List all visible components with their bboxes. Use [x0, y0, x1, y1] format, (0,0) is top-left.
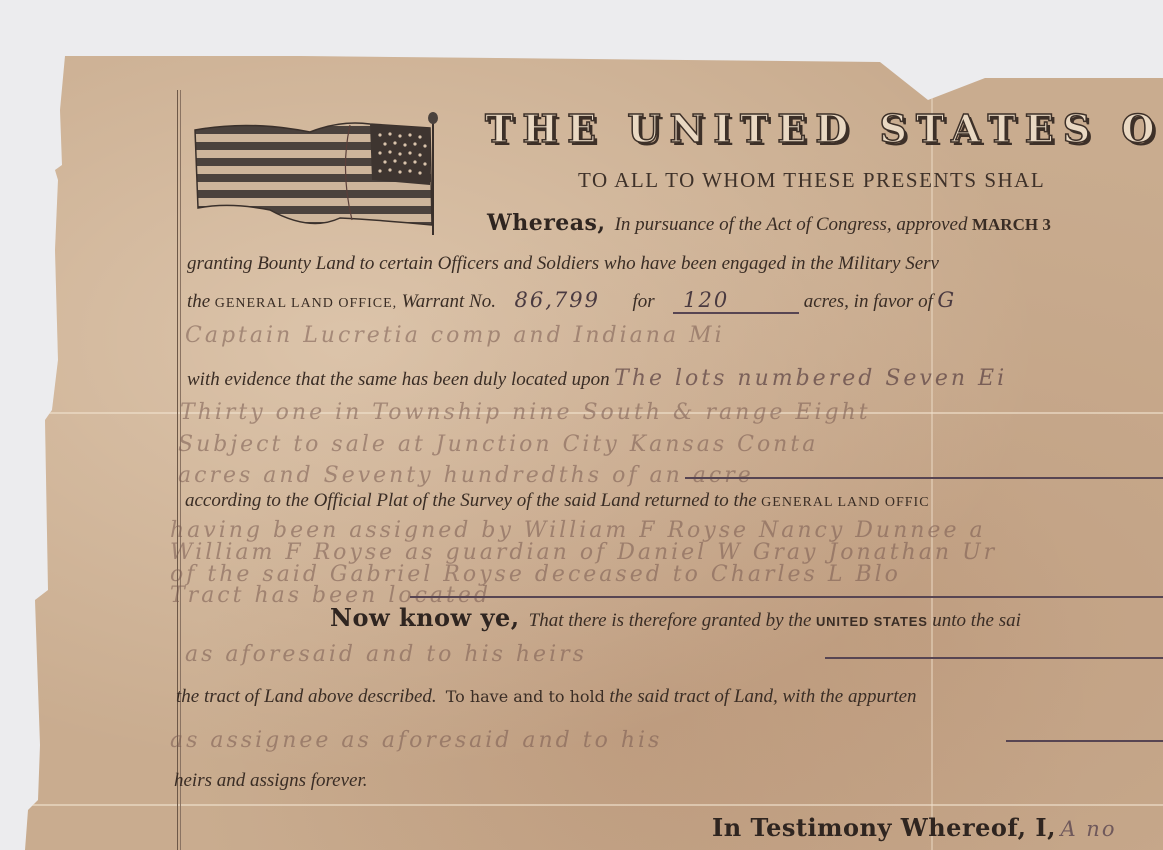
handwritten-line: Subject to sale at Junction City Kansas …	[178, 432, 818, 457]
located-line: with evidence that the same has been dul…	[187, 366, 1007, 391]
official-plat-text: according to the Official Plat of the Su…	[185, 490, 757, 511]
fill-in-rule	[685, 477, 1163, 479]
unto-text: unto the sai	[932, 610, 1021, 631]
handwritten-line: as assignee as aforesaid and to his	[170, 728, 662, 753]
warrant-label: Warrant No.	[402, 291, 496, 312]
grantee-name-start: G	[937, 288, 956, 312]
handwritten-line: as aforesaid and to his heirs	[185, 642, 587, 667]
acres-label: acres, in favor of	[804, 291, 933, 312]
document-subtitle: TO ALL TO WHOM THESE PRESENTS SHAL	[578, 168, 1045, 193]
american-flag-icon	[190, 110, 450, 240]
handwritten-line: Thirty one in Township nine South & rang…	[180, 400, 871, 425]
handwritten-line: acres and Seventy hundredths of an acre	[178, 463, 754, 488]
tract-text: the tract of Land above described.	[176, 686, 437, 707]
testimony-line: In Testimony Whereof, I, A no	[712, 813, 1116, 842]
now-know-ye-line: Now know ye, That there is therefore gra…	[330, 603, 1021, 632]
heirs-line: heirs and assigns forever.	[174, 770, 368, 792]
tract-line: the tract of Land above described. To ha…	[176, 686, 917, 708]
bounty-land-line: granting Bounty Land to certain Officers…	[187, 253, 939, 275]
whereas-line: Whereas, In pursuance of the Act of Cong…	[487, 210, 1051, 236]
fill-in-rule	[410, 596, 1163, 598]
warrant-number: 86,799	[514, 288, 599, 312]
located-text: with evidence that the same has been dul…	[187, 369, 610, 390]
in-testimony-whereof: In Testimony Whereof, I,	[712, 813, 1056, 842]
land-patent-document: THE UNITED STATES O TO ALL TO WHOM THESE…	[0, 0, 1163, 850]
united-states-label: UNITED STATES	[816, 614, 928, 629]
appurtenances-text: the said tract of Land, with the appurte…	[609, 686, 916, 707]
whereas-label: Whereas,	[487, 210, 606, 236]
official-plat-line: according to the Official Plat of the Su…	[185, 490, 930, 512]
text-the: the	[187, 291, 210, 312]
handwritten-line: Captain Lucretia comp and Indiana Mi	[185, 323, 725, 348]
document-title: THE UNITED STATES O	[485, 106, 1163, 151]
signature: A no	[1060, 817, 1116, 841]
fill-in-rule	[825, 657, 1163, 659]
to-have-and-to-hold: To have and to hold	[446, 687, 605, 706]
text-for: for	[632, 291, 654, 312]
whereas-date: MARCH 3	[972, 215, 1051, 234]
granted-text: That there is therefore granted by the	[529, 610, 812, 631]
acres-value: 120	[673, 288, 799, 314]
whereas-text: In pursuance of the Act of Congress, app…	[615, 214, 968, 235]
general-land-office-label: GENERAL LAND OFFIC	[761, 495, 929, 510]
general-land-office-label: GENERAL LAND OFFICE,	[215, 296, 397, 311]
warrant-line: the GENERAL LAND OFFICE, Warrant No. 86,…	[187, 288, 956, 313]
fold-crease	[0, 804, 1163, 806]
now-know-ye-label: Now know ye,	[330, 603, 520, 632]
located-handwritten: The lots numbered Seven Ei	[614, 366, 1007, 391]
fill-in-rule	[1006, 740, 1163, 742]
